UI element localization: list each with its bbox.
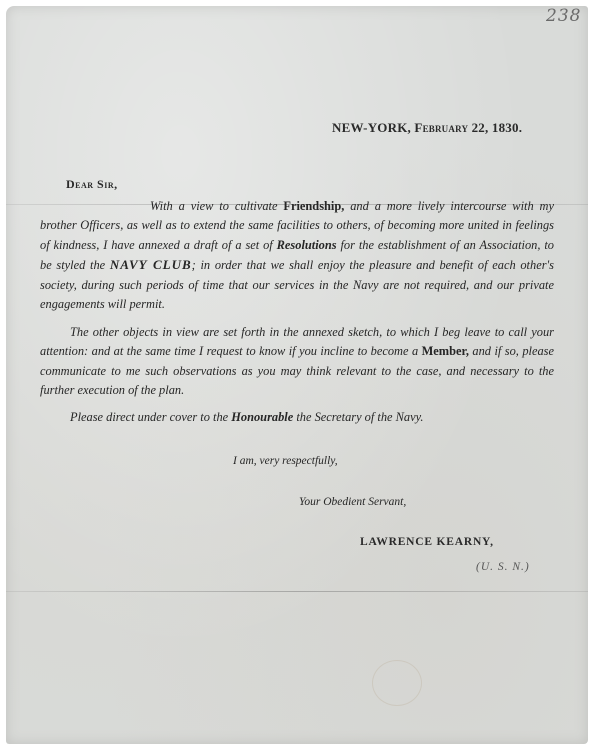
dateline-place: NEW-YORK, (332, 120, 411, 135)
folio-number: 238 (546, 6, 581, 26)
fold-crease-lower (6, 591, 588, 592)
paragraph-3-honourable: Honourable (231, 410, 293, 424)
dateline-day-year: 22, 1830. (472, 120, 523, 135)
paper-stain (372, 660, 422, 706)
signature-name: LAWRENCE KEARNY, (360, 536, 494, 548)
paragraph-1-resolutions: Resolutions (277, 238, 337, 252)
dateline: NEW-YORK, February 22, 1830. (332, 120, 522, 136)
signature-rank: (U. S. N.) (476, 561, 530, 573)
paragraph-2-member: Member, (422, 344, 469, 358)
paragraph-1-lead: With a view to cultivate (150, 199, 283, 213)
paragraph-3-text-b: the Secretary of the Navy. (293, 410, 423, 424)
salutation: Dear Sir, (66, 177, 118, 192)
valediction: Your Obedient Servant, (299, 496, 406, 508)
paragraph-1: With a view to cultivate Friendship, and… (40, 197, 554, 314)
paragraph-2: The other objects in view are set forth … (40, 323, 554, 401)
closing-line: I am, very respectfully, (233, 455, 338, 467)
paragraph-3-text-a: Please direct under cover to the (70, 410, 231, 424)
navy-club-name: NAVY CLUB (110, 257, 192, 272)
paragraph-1-friendship: Friendship, (283, 199, 344, 213)
dateline-month: February (414, 120, 468, 135)
paragraph-3: Please direct under cover to the Honoura… (70, 410, 424, 425)
